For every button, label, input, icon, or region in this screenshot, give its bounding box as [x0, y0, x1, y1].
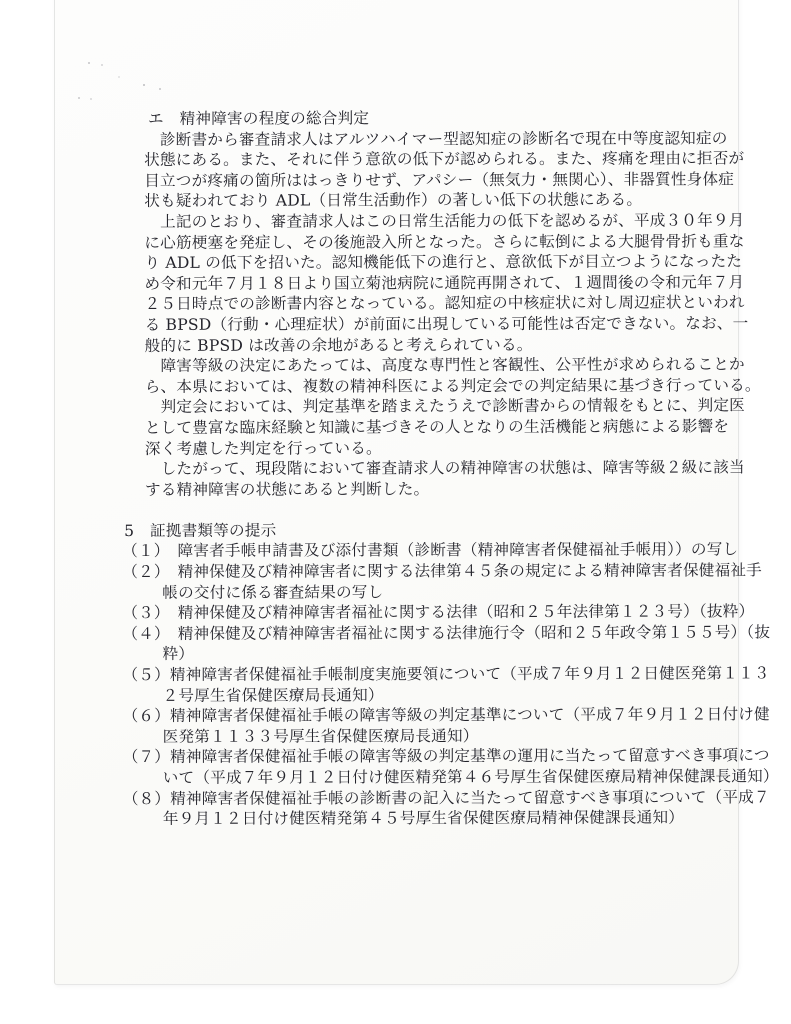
text-line: （５）精神障害者保健福祉手帳制度実施要領について（平成７年９月１２日健医発第１１…	[122, 663, 712, 685]
text-line: （７）精神障害者保健福祉手帳の障害等級の判定基準の運用に当たって留意すべき事項に…	[123, 746, 713, 768]
section-judgment: エ 精神障害の程度の総合判定 診断書から審査請求人はアルツハイマー型認知症の診断…	[121, 107, 712, 500]
scan-noise-specks	[0, 0, 2, 2]
text-line: ２５日時点での診断書内容となっている。認知症の中核症状に対し周辺症状といわれ	[144, 293, 711, 315]
evidence-item: （８）精神障害者保健福祉手帳の診断書の記入に当たって留意すべき事項について（平成…	[123, 787, 713, 830]
text-line: 医発第１１３３号厚生省保健医療局長通知）	[123, 725, 713, 747]
evidence-item: （６）精神障害者保健福祉手帳の障害等級の判定基準について（平成７年９月１２日付け…	[123, 705, 713, 748]
text-line: （３） 精神保健及び精神障害者福祉に関する法律（昭和２５年法律第１２３号）（抜粋…	[122, 602, 712, 624]
text-line: する精神障害の状態にあると判断した。	[145, 478, 712, 500]
text-line: いて（平成７年９月１２日付け健医精発第４６号厚生省保健医療局精神保健課長通知）	[123, 766, 713, 788]
evidence-item: （２） 精神保健及び精神障害者に関する法律第４５条の規定による精神障害者保健福祉…	[122, 561, 712, 604]
paragraph: 上記のとおり、審査請求人はこの日常生活能力の低下を認めるが、平成３０年９月 に心…	[144, 210, 711, 356]
text-line: 年９月１２日付け健医精発第４５号厚生省保健医療局精神保健課長通知）	[123, 808, 713, 830]
section-judgment-heading: エ 精神障害の程度の総合判定	[144, 107, 711, 129]
text-line: （１） 障害者手帳申請書及び添付書類（診断書（精神障害者保健福祉手帳用））の写し	[122, 540, 712, 562]
text-line: り ADL の低下を招いた。認知機能低下の進行と、意欲低下が目立つようになったた	[144, 252, 711, 274]
text-line: 診断書から審査請求人はアルツハイマー型認知症の診断名で現在中等度認知症の	[144, 128, 711, 150]
text-line: したがって、現段階において審査請求人の精神障害の状態は、障害等級２級に該当	[145, 458, 712, 480]
text-line: 帳の交付に係る審査結果の写し	[122, 581, 712, 603]
text-line: 深く考慮した判定を行っている。	[145, 437, 712, 459]
text-line: 上記のとおり、審査請求人はこの日常生活能力の低下を認めるが、平成３０年９月	[144, 210, 711, 232]
text-line: め令和元年７月１８日より国立菊池病院に通院再開されて、１週間後の令和元年７月	[144, 272, 711, 294]
text-line: （８）精神障害者保健福祉手帳の診断書の記入に当たって留意すべき事項について（平成…	[123, 787, 713, 809]
text-line: に心筋梗塞を発症し、その後施設入所となった。さらに転倒による大腿骨骨折も重な	[144, 231, 711, 253]
text-line: る BPSD（行動・心理症状）が前面に出現している可能性は否定できない。なお、一	[145, 313, 712, 335]
evidence-item: （５）精神障害者保健福祉手帳制度実施要領について（平成７年９月１２日健医発第１１…	[122, 663, 712, 706]
evidence-item: （１） 障害者手帳申請書及び添付書類（診断書（精神障害者保健福祉手帳用））の写し	[122, 540, 712, 562]
section-evidence-heading: 5 証拠書類等の提示	[122, 519, 712, 541]
text-line: ら、本県においては、複数の精神科医による判定会での判定結果に基づき行っている。	[145, 375, 712, 397]
paragraph: 診断書から審査請求人はアルツハイマー型認知症の診断名で現在中等度認知症の 状態に…	[144, 128, 711, 212]
text-line: 粋）	[122, 643, 712, 665]
text-line: 状も疑われており ADL（日常生活動作）の著しい低下の状態にある。	[144, 190, 711, 212]
document-content: エ 精神障害の程度の総合判定 診断書から審査請求人はアルツハイマー型認知症の診断…	[121, 107, 713, 829]
text-line: 状態にある。また、それに伴う意欲の低下が認められる。また、疼痛を理由に拒否が	[144, 149, 711, 171]
text-line: として豊富な臨床経験と知識に基づきその人となりの生活機能と病態による影響を	[145, 416, 712, 438]
text-line: 目立つが疼痛の箇所ははっきりせず、アパシー（無気力・無関心）、非器質性身体症	[144, 169, 711, 191]
text-line: 障害等級の決定にあたっては、高度な専門性と客観性、公平性が求められることか	[145, 355, 712, 377]
evidence-item: （４） 精神保健及び精神障害者福祉に関する法律施行令（昭和２５年政令第１５５号）…	[122, 622, 712, 665]
evidence-item: （７）精神障害者保健福祉手帳の障害等級の判定基準の運用に当たって留意すべき事項に…	[123, 746, 713, 789]
section-evidence-list: 5 証拠書類等の提示 （１） 障害者手帳申請書及び添付書類（診断書（精神障害者保…	[122, 519, 713, 829]
paragraph: したがって、現段階において審査請求人の精神障害の状態は、障害等級２級に該当 する…	[145, 458, 712, 501]
paragraph: 障害等級の決定にあたっては、高度な専門性と客観性、公平性が求められることか ら、…	[145, 355, 712, 398]
paragraph: 判定会においては、判定基準を踏まえたうえで診断書からの情報をもとに、判定医 とし…	[145, 396, 712, 459]
text-line: （６）精神障害者保健福祉手帳の障害等級の判定基準について（平成７年９月１２日付け…	[123, 705, 713, 727]
text-line: （２） 精神保健及び精神障害者に関する法律第４５条の規定による精神障害者保健福祉…	[122, 561, 712, 583]
text-line: （４） 精神保健及び精神障害者福祉に関する法律施行令（昭和２５年政令第１５５号）…	[122, 622, 712, 644]
text-line: ２号厚生省保健医療局長通知）	[123, 684, 713, 706]
text-line: 般的に BPSD は改善の余地があると考えられている。	[145, 334, 712, 356]
evidence-item: （３） 精神保健及び精神障害者福祉に関する法律（昭和２５年法律第１２３号）（抜粋…	[122, 602, 712, 624]
text-line: 判定会においては、判定基準を踏まえたうえで診断書からの情報をもとに、判定医	[145, 396, 712, 418]
